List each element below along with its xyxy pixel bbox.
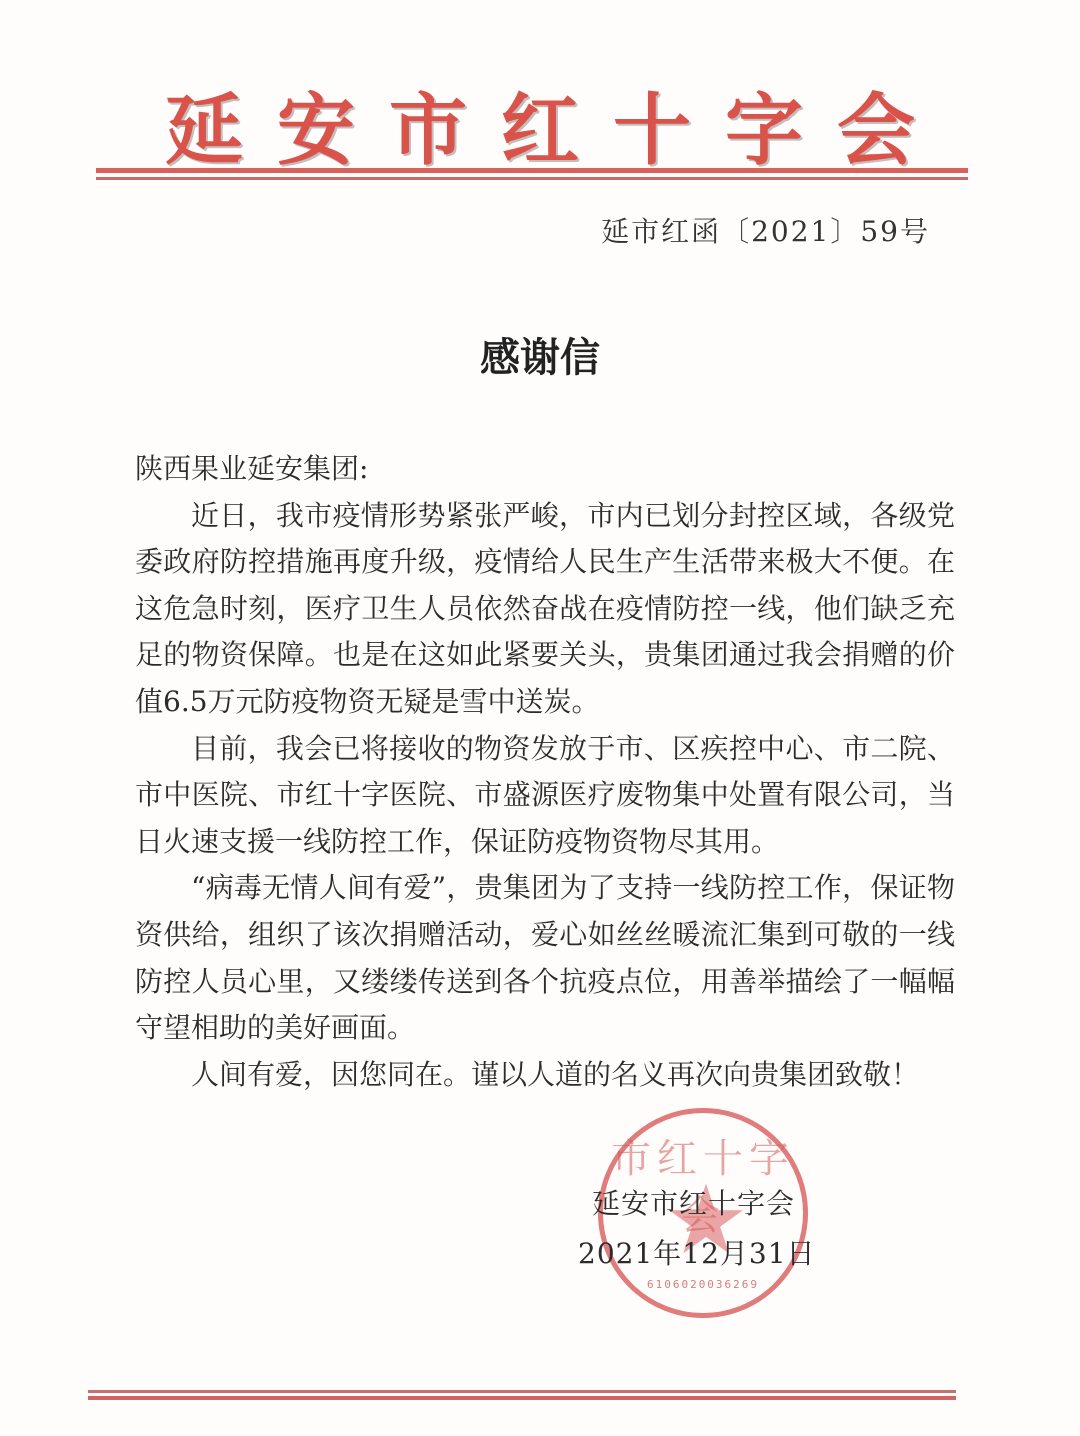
letterhead-rule-thin: [96, 177, 968, 180]
paragraph-3: “病毒无情人间有爱”，贵集团为了支持一线防控工作，保证物资供给，组织了该次捐赠活…: [135, 865, 955, 1051]
seal-code: 6106020036269: [603, 1278, 803, 1291]
letter-title: 感谢信: [0, 326, 1080, 383]
letterhead-rule-thick: [96, 168, 968, 173]
document-number: 延市红函〔2021〕59号: [601, 210, 930, 250]
letterhead-title: 延安市红十字会: [0, 68, 1080, 180]
signature-organization: 延安市红十字会: [592, 1182, 795, 1222]
paragraph-1: 近日，我市疫情形势紧张严峻，市内已划分封控区域，各级党委政府防控措施再度升级，疫…: [135, 493, 955, 726]
letter-body: 陕西果业延安集团: 近日，我市疫情形势紧张严峻，市内已划分封控区域，各级党委政府…: [135, 446, 955, 1098]
paragraph-2: 目前，我会已将接收的物资发放于市、区疾控中心、市二院、市中医院、市红十字医院、市…: [135, 726, 955, 866]
salutation: 陕西果业延安集团:: [135, 446, 955, 493]
footer-rule-thin: [88, 1390, 956, 1393]
footer-rule-thick: [88, 1396, 956, 1400]
signature-date: 2021年12月31日: [578, 1232, 816, 1272]
paragraph-4: 人间有爱，因您同在。谨以人道的名义再次向贵集团致敬！: [135, 1052, 955, 1099]
